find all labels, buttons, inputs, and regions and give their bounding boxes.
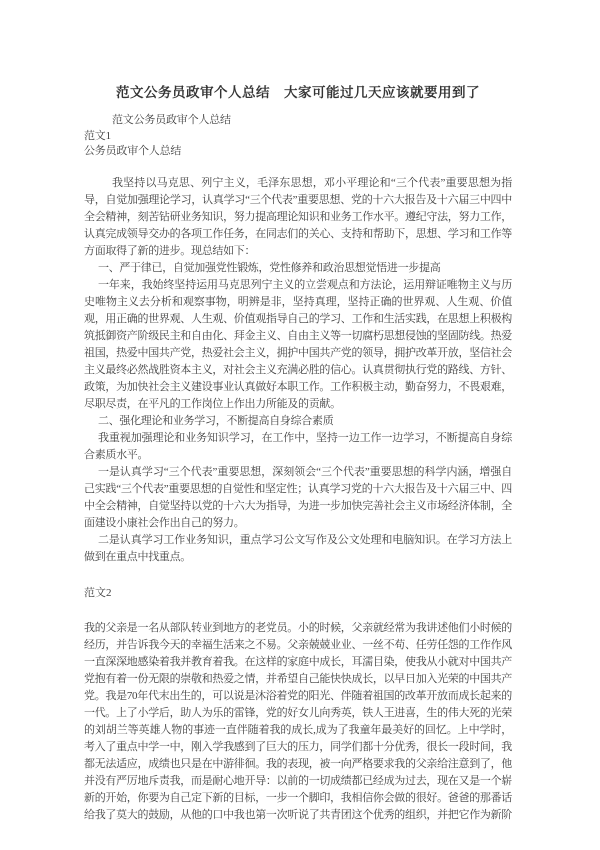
essay1-intro-paragraph: 我坚持以马克思、列宁主义，毛泽东思想，邓小平理论和“三个代表”重要思想为指导，自… xyxy=(84,175,512,260)
essay1-section1-heading: 一、严于律已，自觉加强党性锻炼，党性修养和政治思想觉悟进一步提高 xyxy=(84,260,512,277)
essay1-section2-paragraph: 我重视加强理论和业务知识学习，在工作中，坚持一边工作一边学习，不断提高自身综合素… xyxy=(84,430,512,464)
doc-subtitle: 范文公务员政审个人总结 xyxy=(84,113,512,129)
sample1-heading: 公务员政审个人总结 xyxy=(84,144,512,160)
page-title: 范文公务员政审个人总结 大家可能过几天应该就要用到了 xyxy=(84,84,512,102)
sample1-label: 范文1 xyxy=(84,129,512,145)
document-page: 范文公务员政审个人总结 大家可能过几天应该就要用到了 范文公务员政审个人总结 范… xyxy=(0,0,600,850)
essay1-section1-paragraph: 一年来，我始终坚持运用马克思列宁主义的立尝观点和方法论，运用辩证唯物主义与历史唯… xyxy=(84,277,512,413)
essay2-paragraph: 我的父亲是一名从部队转业到地方的老党员。小的时候，父亲就经常为我讲述他们小时候的… xyxy=(84,620,512,824)
essay1-section2-heading: 二、强化理论和业务学习，不断提高自身综合素质 xyxy=(84,413,512,430)
sample2-label: 范文2 xyxy=(84,586,512,602)
essay1-point1-paragraph: 一是认真学习“三个代表”重要思想，深刻领会“三个代表”重要思想的科学内涵，增强自… xyxy=(84,464,512,532)
essay1-point2-paragraph: 二是认真学习工作业务知识，重点学习公文写作及公文处理和电脑知识。在学习方法上做到… xyxy=(84,532,512,566)
